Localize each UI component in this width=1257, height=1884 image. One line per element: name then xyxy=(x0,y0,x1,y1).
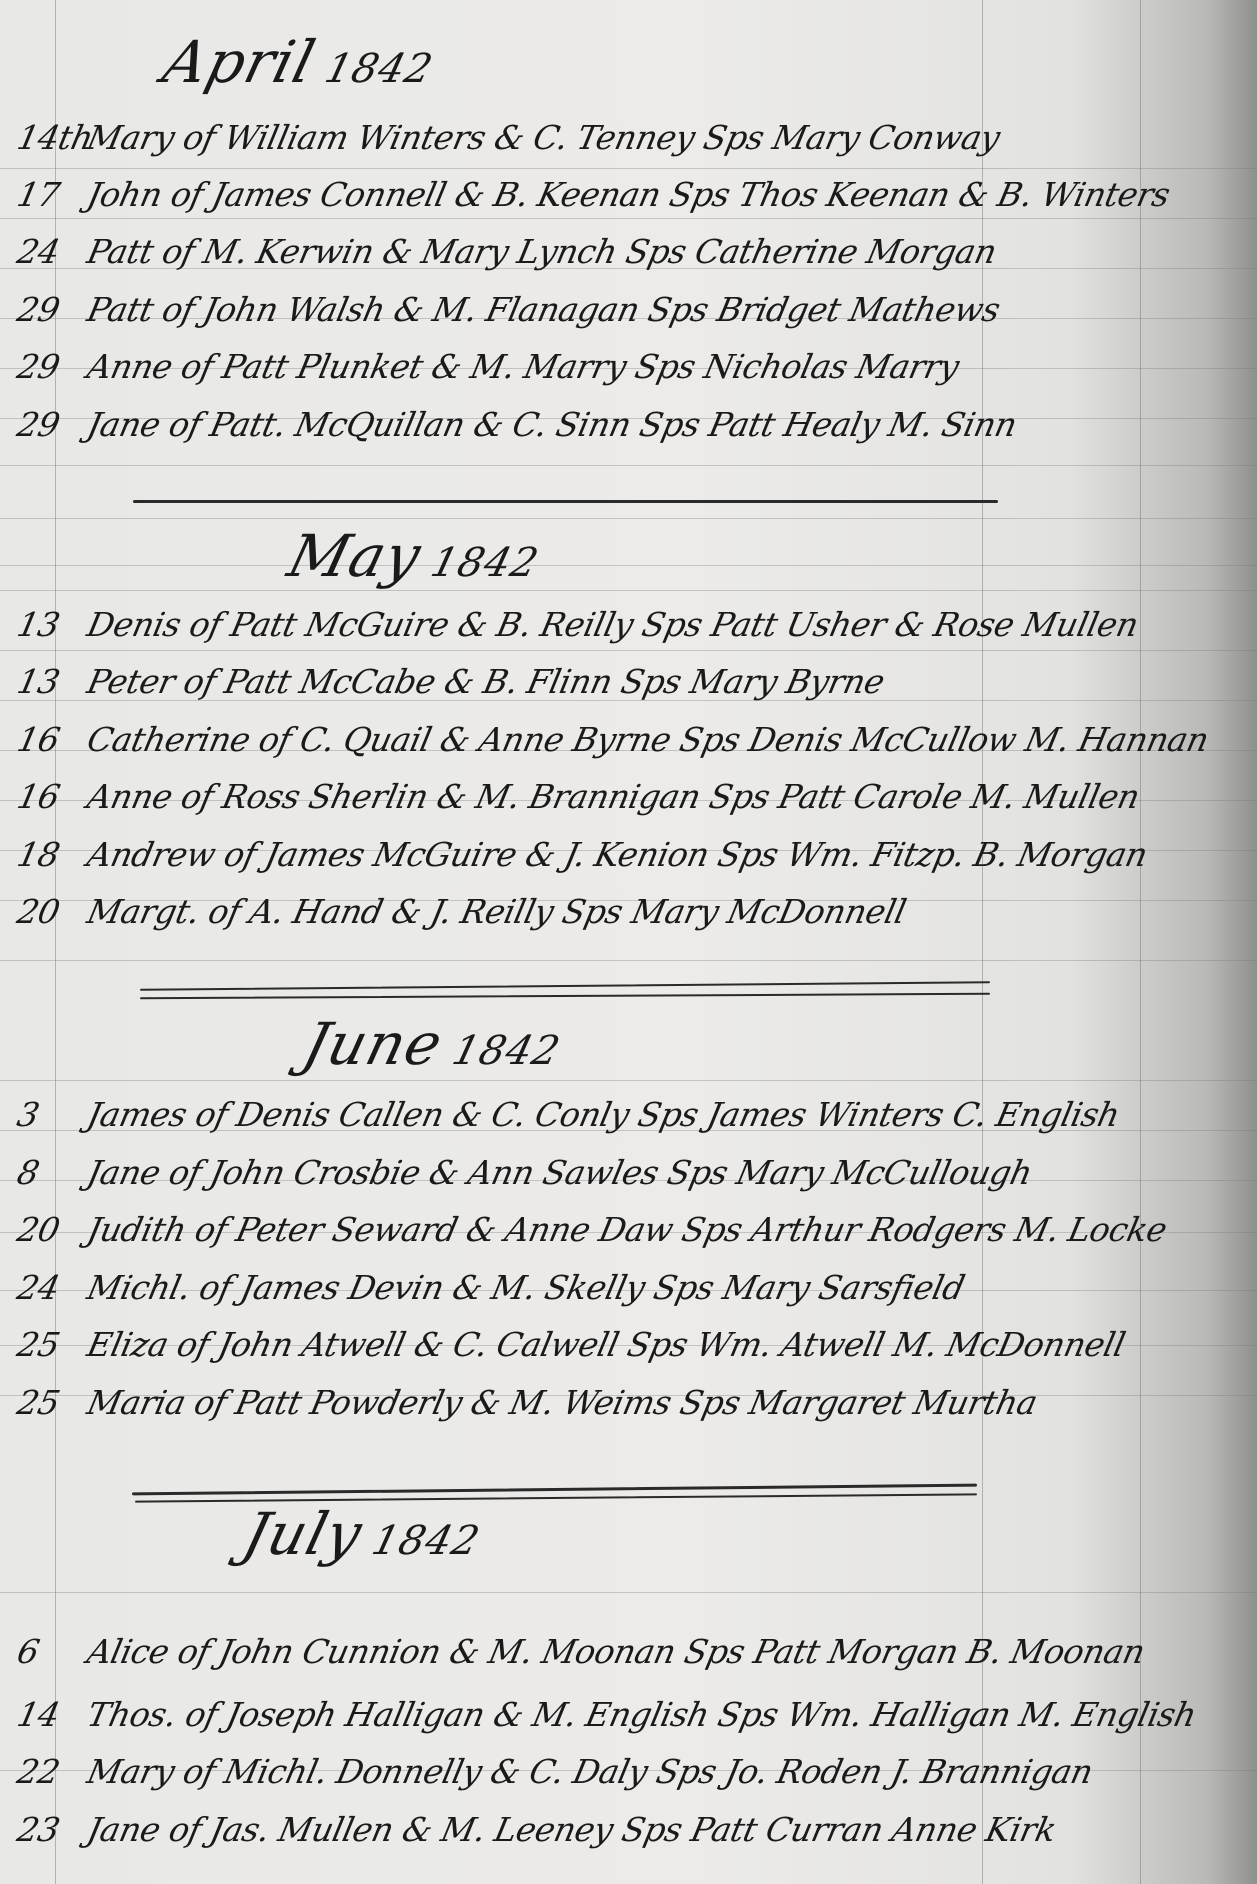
register-entry: 25Maria of Patt Powderly & M. Weims Sps … xyxy=(14,1383,1041,1422)
entry-day: 17 xyxy=(14,175,92,214)
register-entry: 16Catherine of C. Quail & Anne Byrne Sps… xyxy=(14,720,1212,759)
month-year: 1842 xyxy=(426,540,543,586)
entry-day: 25 xyxy=(14,1383,92,1422)
entry-text: Patt of John Walsh & M. Flanagan Sps Bri… xyxy=(84,290,1004,329)
entry-day: 14th xyxy=(14,118,92,157)
register-entry: 29Jane of Patt. McQuillan & C. Sinn Sps … xyxy=(14,405,1020,444)
register-entry: 29Anne of Patt Plunket & M. Marry Sps Ni… xyxy=(14,347,962,386)
entry-text: Mary of William Winters & C. Tenney Sps … xyxy=(84,118,1003,157)
entry-day: 6 xyxy=(14,1632,92,1671)
entry-text: Margt. of A. Hand & J. Reilly Sps Mary M… xyxy=(84,892,910,931)
entry-text: Jane of Jas. Mullen & M. Leeney Sps Patt… xyxy=(84,1810,1060,1849)
entry-day: 20 xyxy=(14,1210,92,1249)
month-heading-april: April1842 xyxy=(157,28,443,96)
entry-day: 14 xyxy=(14,1695,92,1734)
ruled-line xyxy=(0,518,1257,519)
section-divider xyxy=(133,500,998,503)
register-page: April1842 14thMary of William Winters & … xyxy=(0,0,1257,1884)
entry-day: 16 xyxy=(14,777,92,816)
register-entry: 25Eliza of John Atwell & C. Calwell Sps … xyxy=(14,1325,1129,1364)
entry-day: 29 xyxy=(14,405,92,444)
month-heading-may: May1842 xyxy=(282,522,548,590)
ruled-line xyxy=(0,168,1257,169)
entry-text: Thos. of Joseph Halligan & M. English Sp… xyxy=(84,1695,1200,1734)
entry-text: Judith of Peter Seward & Anne Daw Sps Ar… xyxy=(84,1210,1170,1249)
register-entry: 22Mary of Michl. Donnelly & C. Daly Sps … xyxy=(14,1752,1096,1791)
entry-text: Denis of Patt McGuire & B. Reilly Sps Pa… xyxy=(84,605,1142,644)
register-entry: 29Patt of John Walsh & M. Flanagan Sps B… xyxy=(14,290,1004,329)
register-entry: 18Andrew of James McGuire & J. Kenion Sp… xyxy=(14,835,1151,874)
register-entry: 3James of Denis Callen & C. Conly Sps Ja… xyxy=(14,1095,1123,1134)
ruled-line xyxy=(0,465,1257,466)
month-name: April xyxy=(157,28,323,96)
register-entry: 20Judith of Peter Seward & Anne Daw Sps … xyxy=(14,1210,1170,1249)
month-year: 1842 xyxy=(367,1518,484,1564)
entry-text: Mary of Michl. Donnelly & C. Daly Sps Jo… xyxy=(84,1752,1096,1791)
month-heading-july: July1842 xyxy=(237,1500,490,1568)
entry-day: 13 xyxy=(14,662,92,701)
register-entry: 16Anne of Ross Sherlin & M. Brannigan Sp… xyxy=(14,777,1143,816)
entry-text: Anne of Patt Plunket & M. Marry Sps Nich… xyxy=(84,347,962,386)
section-divider xyxy=(140,981,990,990)
register-entry: 8Jane of John Crosbie & Ann Sawles Sps M… xyxy=(14,1153,1036,1192)
register-entry: 23Jane of Jas. Mullen & M. Leeney Sps Pa… xyxy=(14,1810,1060,1849)
entry-day: 25 xyxy=(14,1325,92,1364)
entry-text: Peter of Patt McCabe & B. Flinn Sps Mary… xyxy=(84,662,888,701)
entry-day: 13 xyxy=(14,605,92,644)
entry-text: Maria of Patt Powderly & M. Weims Sps Ma… xyxy=(84,1383,1041,1422)
ruled-line xyxy=(0,960,1257,961)
entry-day: 22 xyxy=(14,1752,92,1791)
section-divider xyxy=(140,993,990,999)
entry-day: 3 xyxy=(14,1095,92,1134)
entry-text: Catherine of C. Quail & Anne Byrne Sps D… xyxy=(84,720,1212,759)
register-entry: 14Thos. of Joseph Halligan & M. English … xyxy=(14,1695,1200,1734)
column-line xyxy=(982,0,983,1884)
entry-text: Alice of John Cunnion & M. Moonan Sps Pa… xyxy=(84,1632,1148,1671)
ruled-line xyxy=(0,650,1257,651)
register-entry: 13Peter of Patt McCabe & B. Flinn Sps Ma… xyxy=(14,662,888,701)
month-name: July xyxy=(237,1500,370,1568)
entry-day: 23 xyxy=(14,1810,92,1849)
ruled-line xyxy=(0,1592,1257,1593)
register-entry: 13Denis of Patt McGuire & B. Reilly Sps … xyxy=(14,605,1142,644)
entry-day: 18 xyxy=(14,835,92,874)
register-entry: 24Michl. of James Devin & M. Skelly Sps … xyxy=(14,1268,968,1307)
register-entry: 14thMary of William Winters & C. Tenney … xyxy=(14,118,1003,157)
month-name: June xyxy=(297,1010,450,1078)
entry-day: 8 xyxy=(14,1153,92,1192)
month-name: May xyxy=(282,522,429,590)
entry-text: Michl. of James Devin & M. Skelly Sps Ma… xyxy=(84,1268,968,1307)
month-heading-june: June1842 xyxy=(297,1010,570,1078)
ruled-line xyxy=(0,590,1257,591)
column-line xyxy=(1140,0,1141,1884)
entry-text: Eliza of John Atwell & C. Calwell Sps Wm… xyxy=(84,1325,1129,1364)
ruled-line xyxy=(0,218,1257,219)
entry-day: 24 xyxy=(14,232,92,271)
register-entry: 20Margt. of A. Hand & J. Reilly Sps Mary… xyxy=(14,892,910,931)
entry-text: Patt of M. Kerwin & Mary Lynch Sps Cathe… xyxy=(84,232,1000,271)
month-year: 1842 xyxy=(320,46,437,92)
entry-text: Jane of Patt. McQuillan & C. Sinn Sps Pa… xyxy=(84,405,1020,444)
ruled-line xyxy=(0,565,1257,566)
entry-text: John of James Connell & B. Keenan Sps Th… xyxy=(84,175,1173,214)
entry-day: 20 xyxy=(14,892,92,931)
register-entry: 17John of James Connell & B. Keenan Sps … xyxy=(14,175,1173,214)
month-year: 1842 xyxy=(448,1028,565,1074)
entry-text: Jane of John Crosbie & Ann Sawles Sps Ma… xyxy=(84,1153,1036,1192)
entry-text: Anne of Ross Sherlin & M. Brannigan Sps … xyxy=(84,777,1143,816)
entry-text: James of Denis Callen & C. Conly Sps Jam… xyxy=(84,1095,1123,1134)
entry-day: 29 xyxy=(14,347,92,386)
entry-day: 29 xyxy=(14,290,92,329)
entry-day: 24 xyxy=(14,1268,92,1307)
register-entry: 6Alice of John Cunnion & M. Moonan Sps P… xyxy=(14,1632,1148,1671)
register-entry: 24Patt of M. Kerwin & Mary Lynch Sps Cat… xyxy=(14,232,1000,271)
ruled-line xyxy=(0,1080,1257,1081)
entry-text: Andrew of James McGuire & J. Kenion Sps … xyxy=(84,835,1151,874)
margin-line xyxy=(55,0,56,1884)
entry-day: 16 xyxy=(14,720,92,759)
